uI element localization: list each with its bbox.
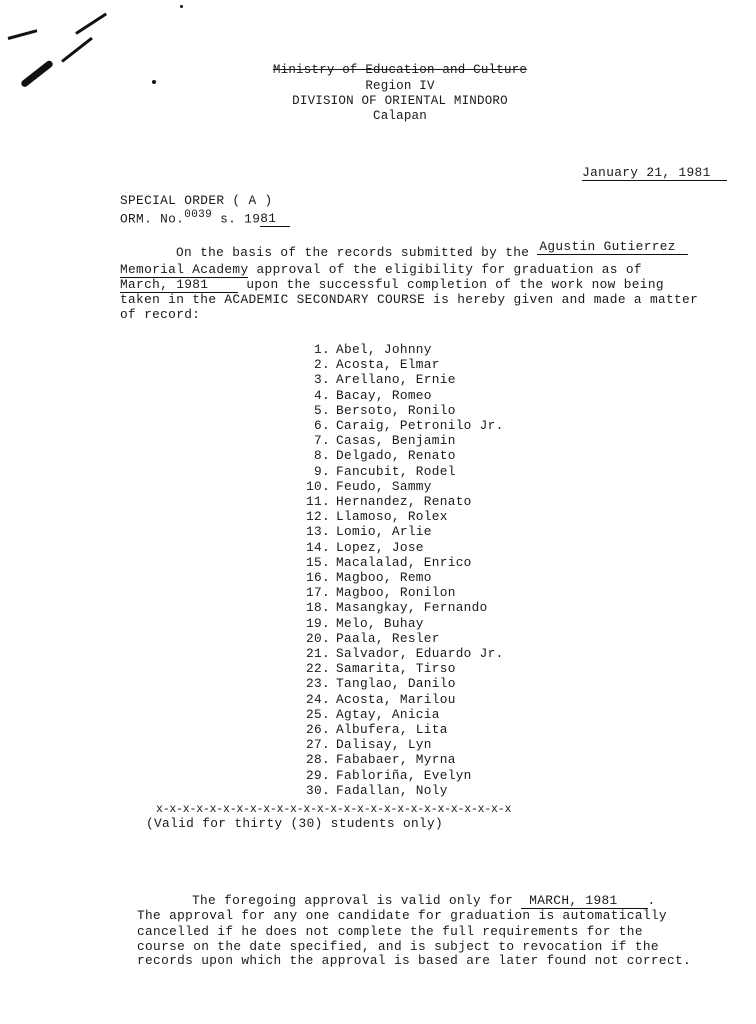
- student-name: Fadallan, Noly: [336, 783, 448, 798]
- student-number: 18.: [300, 600, 330, 615]
- student-name: Paala, Resler: [336, 631, 440, 646]
- student-number: 11.: [300, 494, 330, 509]
- student-name: Dalisay, Lyn: [336, 737, 432, 752]
- student-list-item: 18.Masangkay, Fernando: [300, 600, 504, 615]
- student-list-item: 20.Paala, Resler: [300, 631, 504, 646]
- student-list-item: 7.Casas, Benjamin: [300, 433, 504, 448]
- student-name: Lomio, Arlie: [336, 524, 432, 539]
- closing-line-3: cancelled if he does not complete the fu…: [137, 924, 643, 939]
- student-list-item: 13.Lomio, Arlie: [300, 524, 504, 539]
- student-list-item: 28.Fababaer, Myrna: [300, 752, 504, 767]
- student-number: 12.: [300, 509, 330, 524]
- student-list-item: 8.Delgado, Renato: [300, 448, 504, 463]
- student-list: 1.Abel, Johnny2.Acosta, Elmar3.Arellano,…: [300, 342, 504, 798]
- student-name: Delgado, Renato: [336, 448, 456, 463]
- student-number: 25.: [300, 707, 330, 722]
- division-name: DIVISION OF ORIENTAL MINDORO: [220, 94, 580, 108]
- order-number: ORM. No.0039 s. 1981: [120, 208, 290, 227]
- student-number: 14.: [300, 540, 330, 555]
- student-number: 9.: [300, 464, 330, 479]
- student-name: Magboo, Remo: [336, 570, 432, 585]
- student-name: Samarita, Tirso: [336, 661, 456, 676]
- student-list-item: 26.Albufera, Lita: [300, 722, 504, 737]
- special-order-title: SPECIAL ORDER ( A ): [120, 193, 273, 208]
- student-number: 26.: [300, 722, 330, 737]
- student-name: Casas, Benjamin: [336, 433, 456, 448]
- student-name: Bersoto, Ronilo: [336, 403, 456, 418]
- student-name: Abel, Johnny: [336, 342, 432, 357]
- student-number: 4.: [300, 388, 330, 403]
- student-name: Agtay, Anicia: [336, 707, 440, 722]
- student-list-item: 30.Fadallan, Noly: [300, 783, 504, 798]
- student-list-item: 17.Magboo, Ronilon: [300, 585, 504, 600]
- separator-line: x-x-x-x-x-x-x-x-x-x-x-x-x-x-x-x-x-x-x-x-…: [156, 802, 511, 817]
- valid-date: MARCH, 1981: [521, 893, 647, 909]
- intro-line-3: March, 1981 upon the successful completi…: [120, 277, 664, 293]
- intro-line-5: of record:: [120, 307, 200, 322]
- student-name: Melo, Buhay: [336, 616, 424, 631]
- city-name: Calapan: [220, 109, 580, 123]
- student-list-item: 11.Hernandez, Renato: [300, 494, 504, 509]
- student-number: 7.: [300, 433, 330, 448]
- school-name-part2: Memorial Academy: [120, 262, 248, 278]
- student-list-item: 29.Fabloriña, Evelyn: [300, 768, 504, 783]
- student-list-item: 16.Magboo, Remo: [300, 570, 504, 585]
- student-list-item: 5.Bersoto, Ronilo: [300, 403, 504, 418]
- closing-line-5: records upon which the approval is based…: [137, 953, 691, 968]
- student-number: 23.: [300, 676, 330, 691]
- student-number: 17.: [300, 585, 330, 600]
- student-name: Albufera, Lita: [336, 722, 448, 737]
- student-name: Fabloriña, Evelyn: [336, 768, 472, 783]
- closing-line-2: The approval for any one candidate for g…: [137, 908, 667, 923]
- student-number: 19.: [300, 616, 330, 631]
- student-number: 30.: [300, 783, 330, 798]
- student-name: Lopez, Jose: [336, 540, 424, 555]
- student-list-item: 23.Tanglao, Danilo: [300, 676, 504, 691]
- student-number: 24.: [300, 692, 330, 707]
- student-number: 15.: [300, 555, 330, 570]
- student-name: Magboo, Ronilon: [336, 585, 456, 600]
- student-name: Masangkay, Fernando: [336, 600, 488, 615]
- student-name: Tanglao, Danilo: [336, 676, 456, 691]
- student-number: 3.: [300, 372, 330, 387]
- student-list-item: 12.Llamoso, Rolex: [300, 509, 504, 524]
- intro-line-1: On the basis of the records submitted by…: [176, 245, 688, 261]
- student-name: Macalalad, Enrico: [336, 555, 472, 570]
- student-list-item: 9.Fancubit, Rodel: [300, 464, 504, 479]
- student-name: Fababaer, Myrna: [336, 752, 456, 767]
- closing-line-1: The foregoing approval is valid only for…: [192, 893, 656, 909]
- student-name: Caraig, Petronilo Jr.: [336, 418, 504, 433]
- student-number: 22.: [300, 661, 330, 676]
- valid-note: (Valid for thirty (30) students only): [146, 816, 443, 831]
- student-number: 5.: [300, 403, 330, 418]
- student-list-item: 4.Bacay, Romeo: [300, 388, 504, 403]
- student-name: Acosta, Marilou: [336, 692, 456, 707]
- student-number: 1.: [300, 342, 330, 357]
- closing-line-4: course on the date specified, and is sub…: [137, 939, 659, 954]
- graduation-date: March, 1981: [120, 277, 238, 293]
- student-number: 10.: [300, 479, 330, 494]
- student-number: 20.: [300, 631, 330, 646]
- student-number: 2.: [300, 357, 330, 372]
- student-list-item: 22.Samarita, Tirso: [300, 661, 504, 676]
- student-number: 28.: [300, 752, 330, 767]
- student-list-item: 24.Acosta, Marilou: [300, 692, 504, 707]
- student-number: 21.: [300, 646, 330, 661]
- student-number: 16.: [300, 570, 330, 585]
- student-list-item: 2.Acosta, Elmar: [300, 357, 504, 372]
- student-number: 13.: [300, 524, 330, 539]
- school-name-part1: Agustin Gutierrez: [537, 239, 688, 255]
- student-list-item: 27.Dalisay, Lyn: [300, 737, 504, 752]
- student-number: 8.: [300, 448, 330, 463]
- student-name: Hernandez, Renato: [336, 494, 472, 509]
- student-list-item: 14.Lopez, Jose: [300, 540, 504, 555]
- student-list-item: 19.Melo, Buhay: [300, 616, 504, 631]
- document-date: January 21, 1981: [550, 150, 727, 196]
- student-name: Acosta, Elmar: [336, 357, 440, 372]
- student-name: Bacay, Romeo: [336, 388, 432, 403]
- ministry-name: Ministry of Education and Culture: [220, 63, 580, 77]
- student-number: 27.: [300, 737, 330, 752]
- student-list-item: 6.Caraig, Petronilo Jr.: [300, 418, 504, 433]
- intro-line-2: Memorial Academy approval of the eligibi…: [120, 262, 642, 278]
- student-name: Salvador, Eduardo Jr.: [336, 646, 504, 661]
- student-number: 6.: [300, 418, 330, 433]
- student-number: 29.: [300, 768, 330, 783]
- student-name: Arellano, Ernie: [336, 372, 456, 387]
- student-name: Feudo, Sammy: [336, 479, 432, 494]
- document-page: Ministry of Education and Culture Region…: [0, 0, 756, 1024]
- student-list-item: 25.Agtay, Anicia: [300, 707, 504, 722]
- student-list-item: 21.Salvador, Eduardo Jr.: [300, 646, 504, 661]
- student-name: Fancubit, Rodel: [336, 464, 456, 479]
- student-list-item: 1.Abel, Johnny: [300, 342, 504, 357]
- student-list-item: 3.Arellano, Ernie: [300, 372, 504, 387]
- intro-line-4: taken in the ACADEMIC SECONDARY COURSE i…: [120, 292, 698, 307]
- student-list-item: 15.Macalalad, Enrico: [300, 555, 504, 570]
- student-name: Llamoso, Rolex: [336, 509, 448, 524]
- student-list-item: 10.Feudo, Sammy: [300, 479, 504, 494]
- region-name: Region IV: [220, 79, 580, 93]
